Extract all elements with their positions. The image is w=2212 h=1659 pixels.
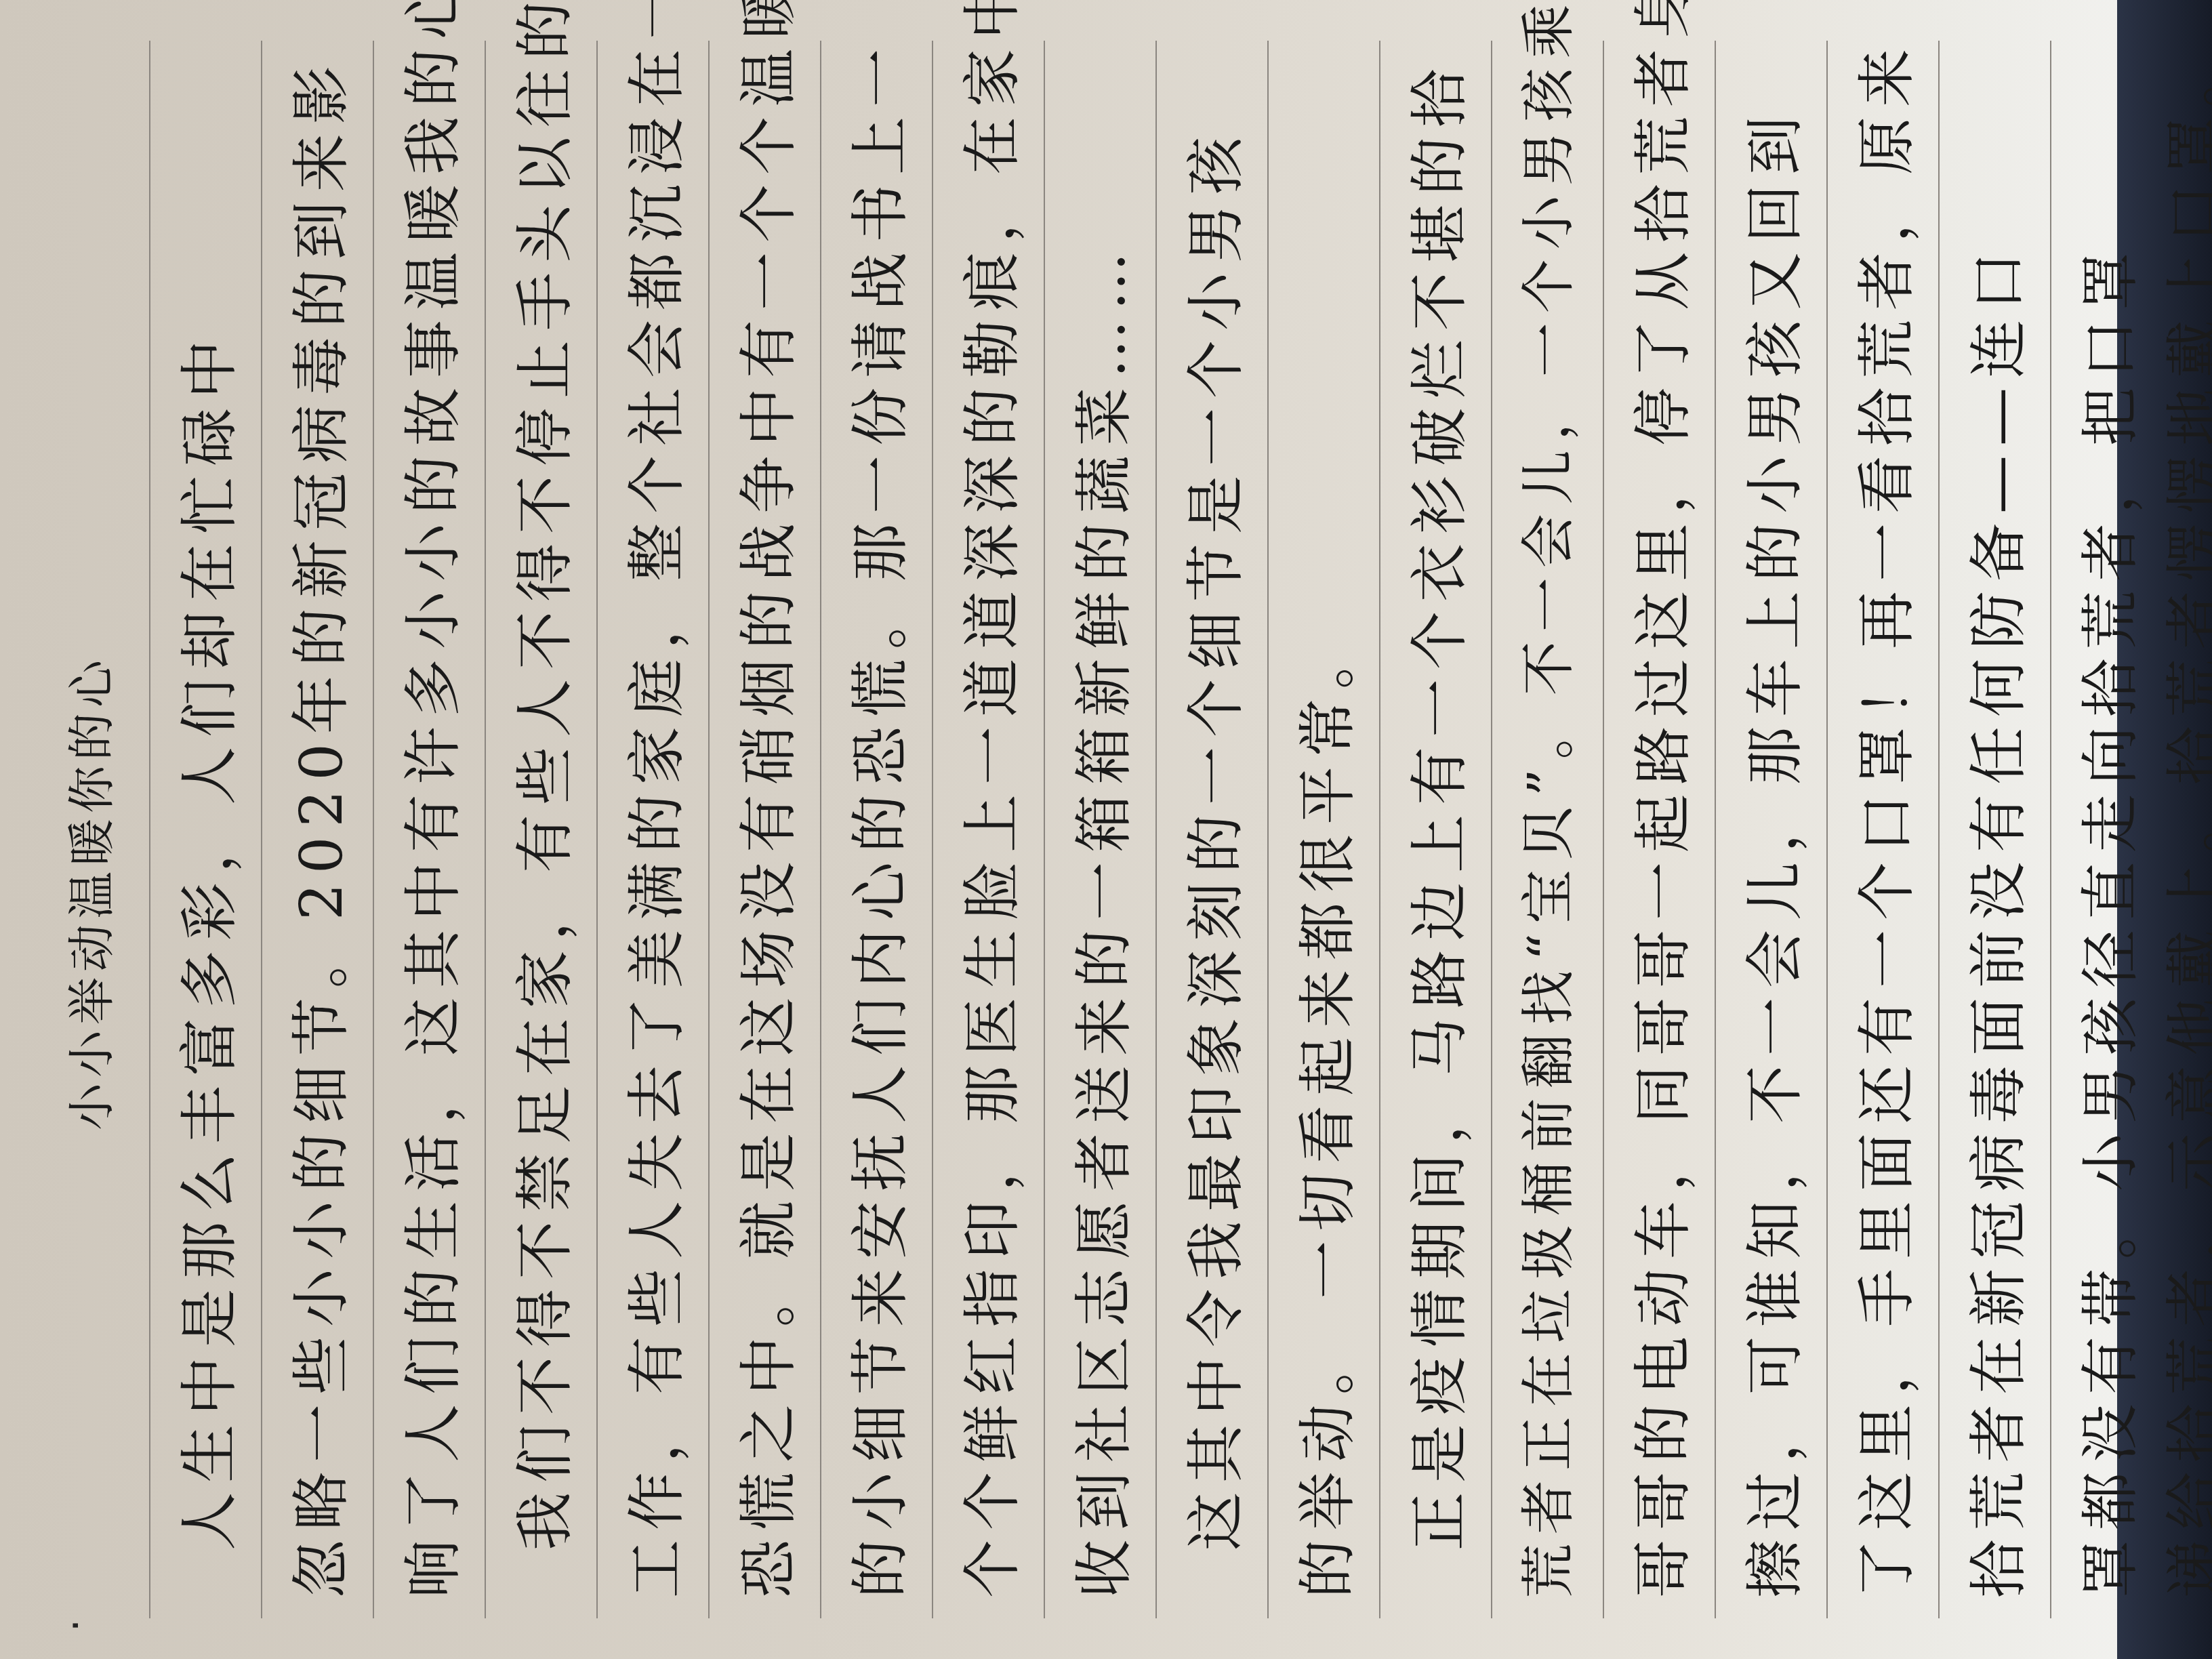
ruled-line: [708, 41, 710, 1618]
ruled-line: [596, 41, 598, 1618]
essay-line: 工作，有些人失去了美满的家庭，整个社会都沉浸在一片: [610, 0, 694, 1598]
ruled-line: [485, 41, 486, 1618]
ruled-line: [1603, 41, 1604, 1618]
ruled-line: [261, 41, 262, 1618]
page-mark: .: [41, 1619, 88, 1632]
essay-line: 正是疫情期间，马路边上有一个衣衫破烂不堪的拾: [1393, 60, 1477, 1551]
essay-line: 响了人们的生活，这其中有许多小小的故事温暖我的心。: [386, 0, 470, 1598]
essay-line: 了这里，手里面还有一个口罩！再一看拾荒者，原来: [1840, 39, 1924, 1598]
rotated-page: . 小小举动温暖你的心 人生中是那么丰富多彩，人们却在忙碌中 忽略一些小小的细节…: [0, 0, 2212, 1659]
essay-line: 擦过，可谁知，不一会儿，那车上的小男孩又回到: [1728, 107, 1812, 1598]
ruled-line: [1715, 41, 1716, 1618]
ruled-line: [373, 41, 374, 1618]
ruled-line: [1155, 41, 1157, 1618]
ruled-line: [1267, 41, 1269, 1618]
ruled-line: [1938, 41, 1940, 1618]
essay-line: 的举动。 一切看起来都很平常。: [1281, 621, 1365, 1598]
ruled-line: [1491, 41, 1492, 1618]
essay-line: 哥哥的电动车，同哥哥一起路过这里，停了从拾荒者身边: [1616, 0, 1700, 1598]
essay-line: 忽略一些小小的细节。2020年的新冠病毒的到来影: [274, 56, 359, 1598]
essay-line: 个个鲜红指印，那医生脸上一道道深深的勒痕，在家中: [945, 0, 1029, 1598]
essay-line: 荒者正在垃圾桶前翻找“宝贝”。不一会儿，一个小男孩乘坐: [1504, 0, 1582, 1598]
essay-line: 递给拾荒者，示意他戴上。拾荒者愣愣地戴上口罩。: [2148, 39, 2212, 1598]
essay-line: 收到社区志愿者送来的一箱箱新鲜的蔬菜……: [1057, 243, 1141, 1598]
essay-line: 我们不得不禁足在家，有些人不得不停止手头以往的: [498, 0, 582, 1551]
ruled-line: [1379, 41, 1380, 1618]
essay-line: 恐慌之中。就是在这场没有硝烟的战争中有一个个温暖: [722, 0, 806, 1598]
ruled-line: [149, 41, 150, 1618]
ruled-line: [2050, 41, 2051, 1618]
essay-line: 人生中是那么丰富多彩，人们却在忙碌中: [163, 331, 247, 1551]
essay-line: 的小细节来安抚人们内心的恐慌。那一份请战书上一: [834, 39, 918, 1598]
ruled-line: [932, 41, 933, 1618]
ruled-line: [1044, 41, 1045, 1618]
essay-title: 小小举动温暖你的心: [54, 655, 123, 1130]
essay-line: 拾荒者在新冠病毒面前没有任何防备——连口: [1952, 243, 2036, 1598]
essay-line: 这其中令我最印象深刻的一个细节是一个小男孩: [1169, 127, 1253, 1551]
essay-line: 罩都没有带。小男孩径直走向拾荒者，把口罩: [2064, 243, 2148, 1598]
ruled-line: [1826, 41, 1828, 1618]
ruled-line: [820, 41, 821, 1618]
